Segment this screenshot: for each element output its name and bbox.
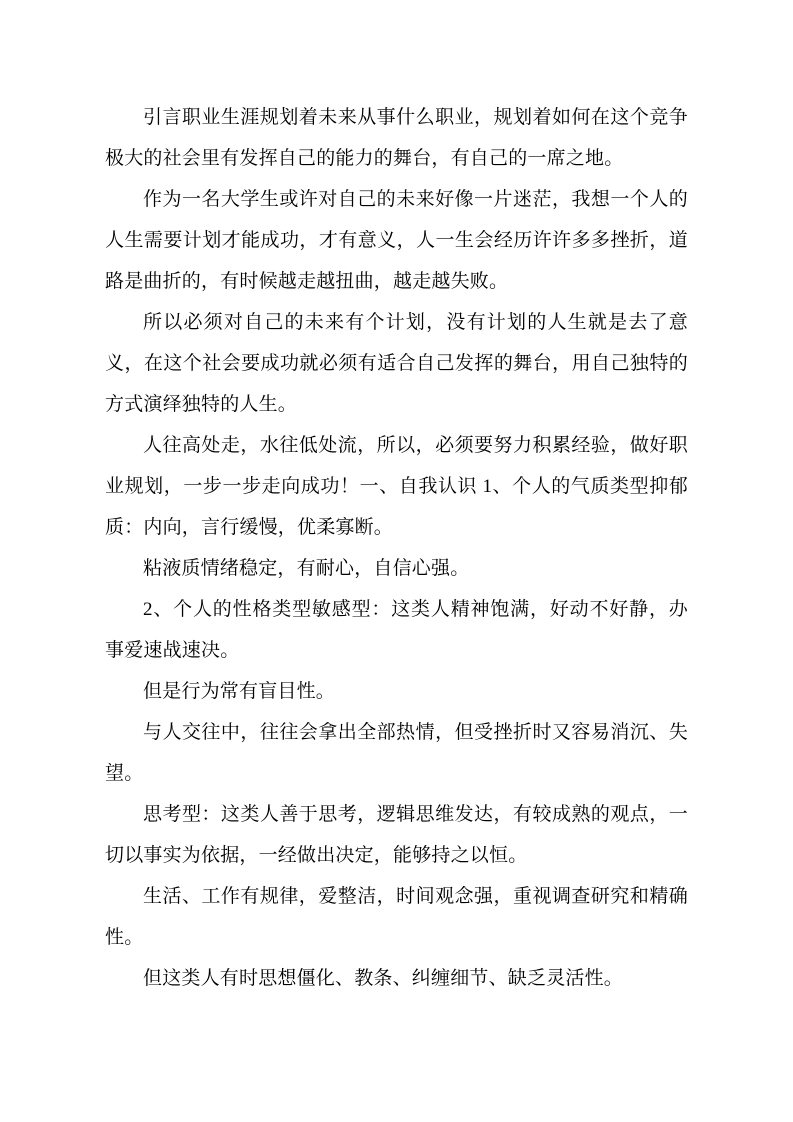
paragraph: 所以必须对自己的未来有个计划，没有计划的人生就是去了意义，在这个社会要成功就必须… [105,302,688,425]
paragraph: 引言职业生涯规划着未来从事什么职业，规划着如何在这个竞争极大的社会里有发挥自己的… [105,97,688,179]
paragraph: 2、个人的性格类型敏感型：这类人精神饱满，好动不好静，办事爱速战速决。 [105,589,688,671]
paragraph: 生活、工作有规律，爱整洁，时间观念强，重视调查研究和精确性。 [105,876,688,958]
document-page: 引言职业生涯规划着未来从事什么职业，规划着如何在这个竞争极大的社会里有发挥自己的… [0,0,793,1122]
paragraph: 作为一名大学生或许对自己的未来好像一片迷茫，我想一个人的人生需要计划才能成功，才… [105,179,688,302]
paragraph: 思考型：这类人善于思考，逻辑思维发达，有较成熟的观点，一切以事实为依据，一经做出… [105,794,688,876]
paragraph: 但这类人有时思想僵化、教条、纠缠细节、缺乏灵活性。 [105,958,688,999]
paragraph: 粘液质情绪稳定，有耐心，自信心强。 [105,548,688,589]
paragraph: 但是行为常有盲目性。 [105,671,688,712]
paragraph: 与人交往中，往往会拿出全部热情，但受挫折时又容易消沉、失望。 [105,712,688,794]
paragraph: 人往高处走，水往低处流，所以，必须要努力积累经验，做好职业规划，一步一步走向成功… [105,425,688,548]
